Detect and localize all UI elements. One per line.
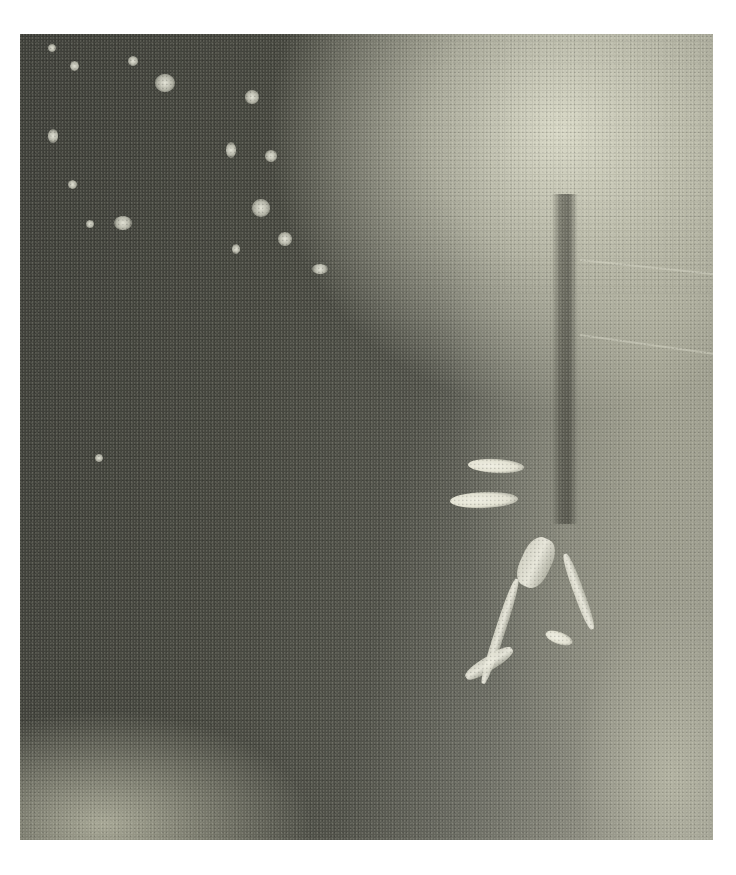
film-grain <box>20 34 713 840</box>
photograph <box>20 34 713 840</box>
